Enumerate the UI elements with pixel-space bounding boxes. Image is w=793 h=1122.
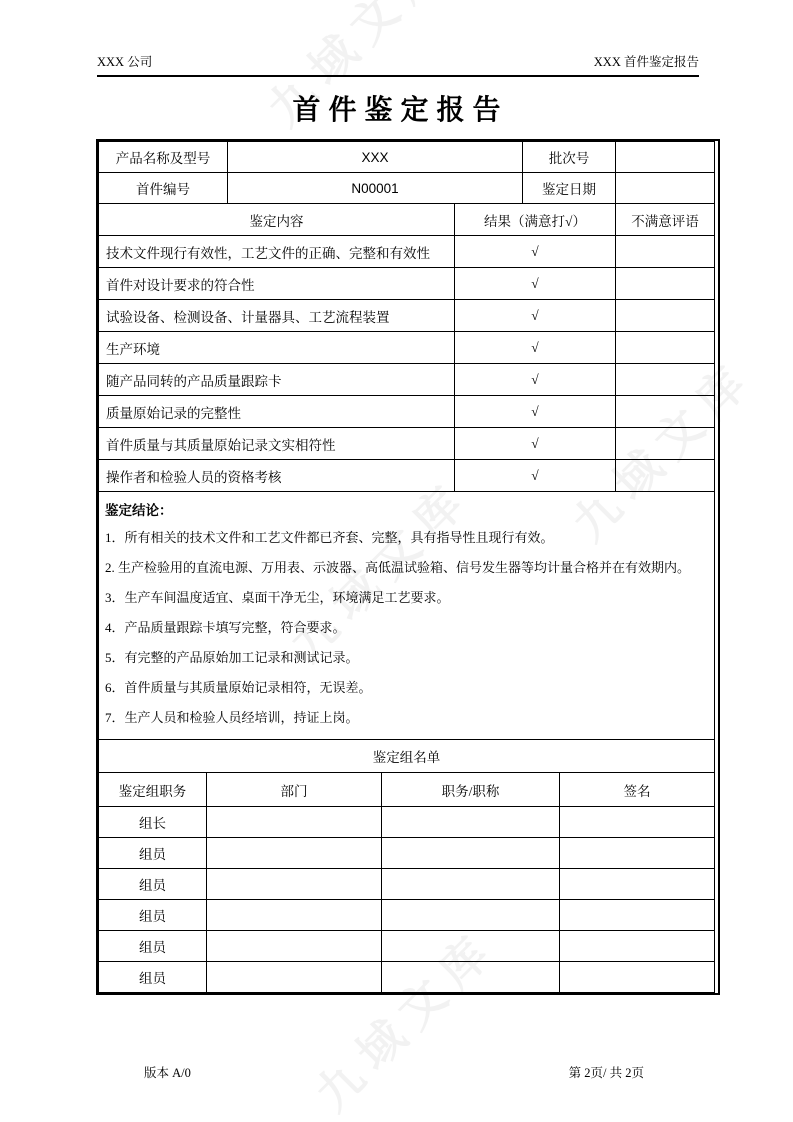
info-row-serial: 首件编号 N00001 鉴定日期: [99, 173, 715, 204]
checklist-header-row: 鉴定内容 结果（满意打√） 不满意评语: [99, 204, 715, 236]
team-department-cell: [207, 838, 382, 869]
page-title: 首件鉴定报告: [0, 88, 793, 128]
page-footer: 版本 A/0 第 2页/ 共 2页: [96, 1063, 716, 1081]
team-signature-cell: [560, 900, 715, 931]
checklist-row: 随产品同转的产品质量跟踪卡 √: [99, 364, 715, 396]
checklist-item-content: 试验设备、检测设备、计量器具、工艺流程装置: [99, 300, 455, 332]
footer-version: 版本 A/0: [96, 1063, 191, 1081]
checklist-header-result: 结果（满意打√）: [455, 204, 616, 236]
checklist-row: 质量原始记录的完整性 √: [99, 396, 715, 428]
team-role: 组员: [99, 931, 207, 962]
conclusion-item: 3．生产车间温度适宜、桌面干净无尘，环境满足工艺要求。: [105, 583, 708, 613]
team-row: 组员: [99, 962, 715, 993]
team-signature-cell: [560, 838, 715, 869]
team-title-row: 鉴定组名单: [99, 740, 715, 773]
team-row: 组员: [99, 900, 715, 931]
team-header-row: 鉴定组职务 部门 职务/职称 签名: [99, 773, 715, 807]
check-mark: √: [455, 300, 616, 332]
conclusion-item: 1．所有相关的技术文件和工艺文件都已齐套、完整，具有指导性且现行有效。: [105, 523, 708, 553]
team-role: 组员: [99, 838, 207, 869]
checklist-item-comment: [616, 300, 715, 332]
checklist-item-content: 首件质量与其质量原始记录文实相符性: [99, 428, 455, 460]
team-signature-cell: [560, 931, 715, 962]
info-row-product: 产品名称及型号 XXX 批次号: [99, 142, 715, 173]
team-position-cell: [382, 931, 560, 962]
checklist-item-comment: [616, 460, 715, 492]
checklist-row: 试验设备、检测设备、计量器具、工艺流程装置 √: [99, 300, 715, 332]
inspection-date-value: [616, 173, 715, 204]
checklist-item-comment: [616, 396, 715, 428]
team-header-department: 部门: [207, 773, 382, 807]
conclusion-item: 6．首件质量与其质量原始记录相符，无误差。: [105, 673, 708, 703]
check-mark: √: [455, 396, 616, 428]
checklist-item-content: 技术文件现行有效性，工艺文件的正确、完整和有效性: [99, 236, 455, 268]
team-row: 组员: [99, 869, 715, 900]
check-mark: √: [455, 268, 616, 300]
checklist-header-content: 鉴定内容: [99, 204, 455, 236]
check-mark: √: [455, 236, 616, 268]
team-header-position: 职务/职称: [382, 773, 560, 807]
conclusion-cell: 鉴定结论： 1．所有相关的技术文件和工艺文件都已齐套、完整，具有指导性且现行有效…: [99, 492, 715, 740]
check-mark: √: [455, 364, 616, 396]
team-department-cell: [207, 869, 382, 900]
conclusion-item: 2. 生产检验用的直流电源、万用表、示波器、高低温试验箱、信号发生器等均计量合格…: [105, 553, 708, 583]
team-position-cell: [382, 900, 560, 931]
checklist-item-comment: [616, 428, 715, 460]
conclusion-item: 7．生产人员和检验人员经培训，持证上岗。: [105, 703, 708, 733]
checklist-item-content: 操作者和检验人员的资格考核: [99, 460, 455, 492]
checklist-item-content: 随产品同转的产品质量跟踪卡: [99, 364, 455, 396]
conclusion-title: 鉴定结论：: [105, 499, 708, 523]
checklist-row: 操作者和检验人员的资格考核 √: [99, 460, 715, 492]
checklist-item-comment: [616, 364, 715, 396]
checklist-item-comment: [616, 268, 715, 300]
team-position-cell: [382, 869, 560, 900]
team-header-signature: 签名: [560, 773, 715, 807]
checklist-row: 技术文件现行有效性，工艺文件的正确、完整和有效性 √: [99, 236, 715, 268]
batch-no-value: [616, 142, 715, 173]
team-position-cell: [382, 838, 560, 869]
report-form: 产品名称及型号 XXX 批次号 首件编号 N00001 鉴定日期 鉴定内容 结果…: [96, 139, 720, 995]
check-mark: √: [455, 332, 616, 364]
first-article-no-label: 首件编号: [99, 173, 228, 204]
checklist-header-comment: 不满意评语: [616, 204, 715, 236]
batch-no-label: 批次号: [523, 142, 616, 173]
team-table: 鉴定组名单 鉴定组职务 部门 职务/职称 签名 组长 组员 组员: [98, 739, 715, 993]
team-role: 组员: [99, 869, 207, 900]
team-department-cell: [207, 807, 382, 838]
checklist-item-content: 首件对设计要求的符合性: [99, 268, 455, 300]
checklist-item-comment: [616, 236, 715, 268]
product-name-label: 产品名称及型号: [99, 142, 228, 173]
team-signature-cell: [560, 962, 715, 993]
conclusion-item: 5．有完整的产品原始加工记录和测试记录。: [105, 643, 708, 673]
checklist-item-comment: [616, 332, 715, 364]
team-signature-cell: [560, 807, 715, 838]
footer-page-number: 第 2页/ 共 2页: [569, 1063, 716, 1081]
team-department-cell: [207, 900, 382, 931]
inspection-date-label: 鉴定日期: [523, 173, 616, 204]
team-role: 组员: [99, 962, 207, 993]
check-mark: √: [455, 460, 616, 492]
checklist-row: 首件对设计要求的符合性 √: [99, 268, 715, 300]
document-page: 九域文库 九域文库 九域文库 九域文库 XXX 公司 XXX 首件鉴定报告 首件…: [0, 0, 793, 1122]
conclusion-item: 4．产品质量跟踪卡填写完整，符合要求。: [105, 613, 708, 643]
team-department-cell: [207, 962, 382, 993]
team-role: 组员: [99, 900, 207, 931]
team-row: 组员: [99, 931, 715, 962]
team-role: 组长: [99, 807, 207, 838]
header-company: XXX 公司: [97, 52, 152, 70]
inspection-table: 产品名称及型号 XXX 批次号 首件编号 N00001 鉴定日期 鉴定内容 结果…: [98, 141, 715, 739]
team-title: 鉴定组名单: [99, 740, 715, 773]
check-mark: √: [455, 428, 616, 460]
checklist-row: 生产环境 √: [99, 332, 715, 364]
team-row: 组员: [99, 838, 715, 869]
conclusion-row: 鉴定结论： 1．所有相关的技术文件和工艺文件都已齐套、完整，具有指导性且现行有效…: [99, 492, 715, 740]
team-signature-cell: [560, 869, 715, 900]
checklist-item-content: 生产环境: [99, 332, 455, 364]
product-name-value: XXX: [228, 142, 523, 173]
team-row: 组长: [99, 807, 715, 838]
team-department-cell: [207, 931, 382, 962]
first-article-no-value: N00001: [228, 173, 523, 204]
team-position-cell: [382, 807, 560, 838]
header-doc-name: XXX 首件鉴定报告: [594, 52, 699, 70]
checklist-row: 首件质量与其质量原始记录文实相符性 √: [99, 428, 715, 460]
team-header-role: 鉴定组职务: [99, 773, 207, 807]
team-position-cell: [382, 962, 560, 993]
page-header: XXX 公司 XXX 首件鉴定报告: [97, 52, 699, 77]
checklist-item-content: 质量原始记录的完整性: [99, 396, 455, 428]
